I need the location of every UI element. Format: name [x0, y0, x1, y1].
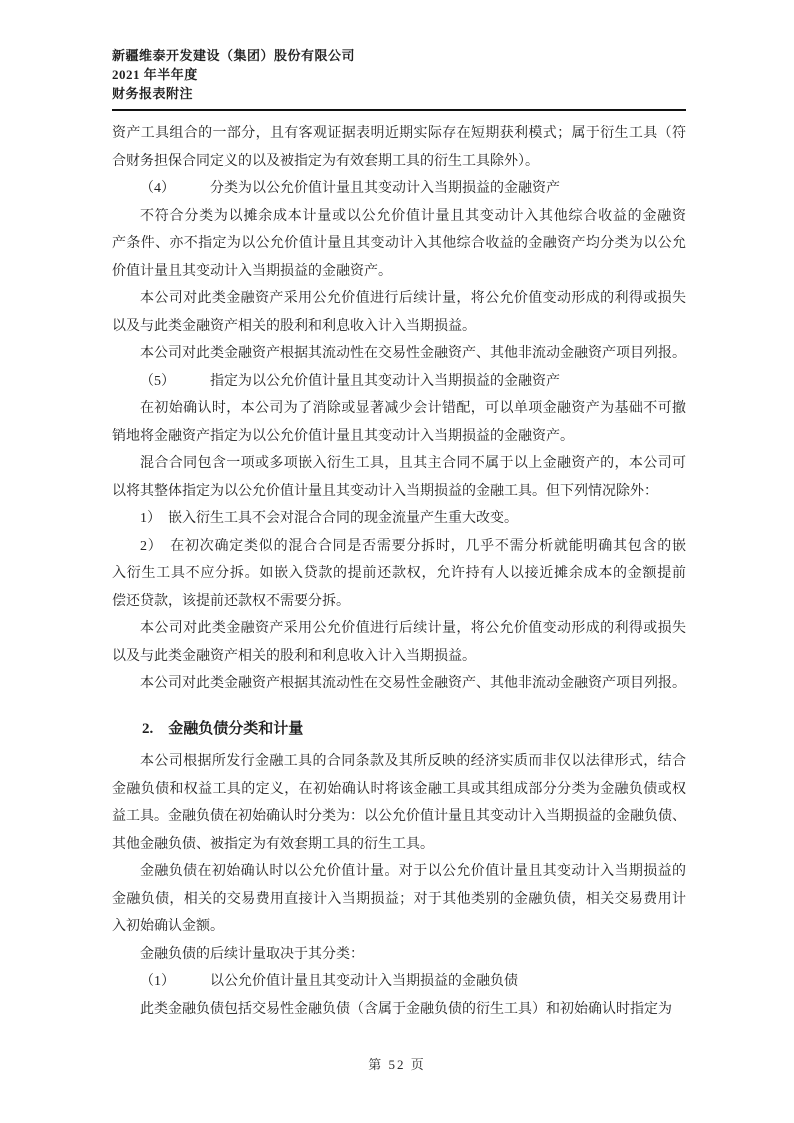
text-line: 本公司对此类金融资产采用公允价值进行后续计量，将公允价值变动形成的利得或损失 — [112, 285, 686, 313]
text-line: 本公司根据所发行金融工具的合同条款及其所反映的经济实质而非仅以法律形式，结合 — [112, 748, 686, 776]
text-line: 不符合分类为以摊余成本计量或以公允价值计量且其变动计入其他综合收益的金融资 — [112, 203, 686, 231]
text-line: 1） 嵌入衍生工具不会对混合合同的现金流量产生重大改变。 — [112, 505, 686, 533]
paragraph: 在初始确认时，本公司为了消除或显著减少会计错配，可以单项金融资产为基础不可撤销地… — [112, 395, 686, 450]
paragraph: （1） 以公允价值计量且其变动计入当期损益的金融负债 — [112, 968, 686, 996]
document-body: 资产工具组合的一部分，且有客观证据表明近期实际存在短期获利模式；属于衍生工具（符… — [112, 120, 686, 1023]
text-line: 产条件、亦不指定为以公允价值计量且其变动计入其他综合收益的金融资产均分类为以公允 — [112, 230, 686, 258]
text-line: （5） 指定为以公允价值计量且其变动计入当期损益的金融资产 — [112, 368, 686, 396]
text-line: 金融负债的后续计量取决于其分类： — [112, 941, 686, 969]
text-line: 入衍生工具不应分拆。如嵌入贷款的提前还款权，允许持有人以接近摊余成本的金额提前 — [112, 560, 686, 588]
text-line: 金融负债和权益工具的定义，在初始确认时将该金融工具或其组成部分分类为金融负债或权 — [112, 776, 686, 804]
paragraph: 金融负债的后续计量取决于其分类： — [112, 941, 686, 969]
page-content: 新疆维泰开发建设（集团）股份有限公司 2021 年半年度 财务报表附注 资产工具… — [112, 46, 686, 1023]
paragraph: 混合合同包含一项或多项嵌入衍生工具，且其主合同不属于以上金融资产的，本公司可以将… — [112, 450, 686, 505]
text-line: 2. 金融负债分类和计量 — [112, 716, 686, 744]
text-line: 以及与此类金融资产相关的股利和利息收入计入当期损益。 — [112, 313, 686, 341]
text-line: 偿还贷款，该提前还款权不需要分拆。 — [112, 588, 686, 616]
text-line: 资产工具组合的一部分，且有客观证据表明近期实际存在短期获利模式；属于衍生工具（符 — [112, 120, 686, 148]
paragraph: 不符合分类为以摊余成本计量或以公允价值计量且其变动计入其他综合收益的金融资产条件… — [112, 203, 686, 286]
text-line: 金融负债在初始确认时以公允价值计量。对于以公允价值计量且其变动计入当期损益的 — [112, 858, 686, 886]
paragraph: 资产工具组合的一部分，且有客观证据表明近期实际存在短期获利模式；属于衍生工具（符… — [112, 120, 686, 175]
text-line: 其他金融负债、被指定为有效套期工具的衍生工具。 — [112, 831, 686, 859]
page-header: 新疆维泰开发建设（集团）股份有限公司 2021 年半年度 财务报表附注 — [112, 46, 686, 103]
text-line: 以将其整体指定为以公允价值计量且其变动计入当期损益的金融工具。但下列情况除外： — [112, 478, 686, 506]
text-line: 益工具。金融负债在初始确认时分类为：以公允价值计量且其变动计入当期损益的金融负债… — [112, 803, 686, 831]
text-line: 混合合同包含一项或多项嵌入衍生工具，且其主合同不属于以上金融资产的，本公司可 — [112, 450, 686, 478]
text-line: 价值计量且其变动计入当期损益的金融资产。 — [112, 258, 686, 286]
paragraph: 金融负债在初始确认时以公允价值计量。对于以公允价值计量且其变动计入当期损益的金融… — [112, 858, 686, 941]
text-line: 本公司对此类金融资产采用公允价值进行后续计量，将公允价值变动形成的利得或损失 — [112, 615, 686, 643]
text-line: 销地将金融资产指定为以公允价值计量且其变动计入当期损益的金融资产。 — [112, 423, 686, 451]
paragraph: 本公司对此类金融资产根据其流动性在交易性金融资产、其他非流动金融资产项目列报。 — [112, 340, 686, 368]
company-name: 新疆维泰开发建设（集团）股份有限公司 — [112, 46, 686, 65]
paragraph: 本公司根据所发行金融工具的合同条款及其所反映的经济实质而非仅以法律形式，结合金融… — [112, 748, 686, 858]
text-line: 在初始确认时，本公司为了消除或显著减少会计错配，可以单项金融资产为基础不可撤 — [112, 395, 686, 423]
header-divider — [112, 109, 686, 111]
paragraph: 本公司对此类金融资产采用公允价值进行后续计量，将公允价值变动形成的利得或损失以及… — [112, 285, 686, 340]
page-number: 第 52 页 — [368, 1057, 426, 1072]
page-footer: 第 52 页 — [0, 1054, 794, 1073]
text-line: （4） 分类为以公允价值计量且其变动计入当期损益的金融资产 — [112, 175, 686, 203]
text-line: 此类金融负债包括交易性金融负债（含属于金融负债的衍生工具）和初始确认时指定为 — [112, 996, 686, 1024]
section-heading: 2. 金融负债分类和计量 — [112, 716, 686, 744]
paragraph: 此类金融负债包括交易性金融负债（含属于金融负债的衍生工具）和初始确认时指定为 — [112, 996, 686, 1024]
text-line: 合财务担保合同定义的以及被指定为有效套期工具的衍生工具除外）。 — [112, 148, 686, 176]
text-line: 本公司对此类金融资产根据其流动性在交易性金融资产、其他非流动金融资产项目列报。 — [112, 670, 686, 698]
paragraph: （5） 指定为以公允价值计量且其变动计入当期损益的金融资产 — [112, 368, 686, 396]
paragraph: 本公司对此类金融资产采用公允价值进行后续计量，将公允价值变动形成的利得或损失以及… — [112, 615, 686, 670]
document-page: 新疆维泰开发建设（集团）股份有限公司 2021 年半年度 财务报表附注 资产工具… — [0, 0, 794, 1123]
paragraph: 1） 嵌入衍生工具不会对混合合同的现金流量产生重大改变。 — [112, 505, 686, 533]
text-line: 金融负债，相关的交易费用直接计入当期损益；对于其他类别的金融负债，相关交易费用计 — [112, 886, 686, 914]
paragraph: 本公司对此类金融资产根据其流动性在交易性金融资产、其他非流动金融资产项目列报。 — [112, 670, 686, 698]
report-period: 2021 年半年度 — [112, 65, 686, 84]
text-line: 2） 在初次确定类似的混合合同是否需要分拆时，几乎不需分析就能明确其包含的嵌 — [112, 533, 686, 561]
text-line: 以及与此类金融资产相关的股利和利息收入计入当期损益。 — [112, 643, 686, 671]
paragraph: 2） 在初次确定类似的混合合同是否需要分拆时，几乎不需分析就能明确其包含的嵌入衍… — [112, 533, 686, 616]
document-title: 财务报表附注 — [112, 84, 686, 103]
text-line: 本公司对此类金融资产根据其流动性在交易性金融资产、其他非流动金融资产项目列报。 — [112, 340, 686, 368]
paragraph: （4） 分类为以公允价值计量且其变动计入当期损益的金融资产 — [112, 175, 686, 203]
text-line: （1） 以公允价值计量且其变动计入当期损益的金融负债 — [112, 968, 686, 996]
text-line: 入初始确认金额。 — [112, 913, 686, 941]
